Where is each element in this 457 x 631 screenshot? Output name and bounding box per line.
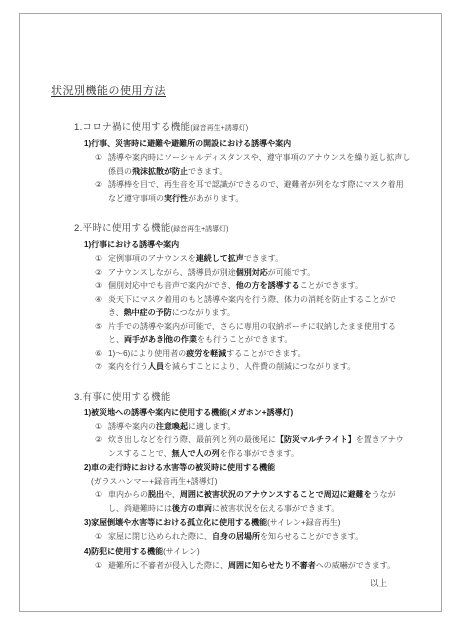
item-marker: ⑥ [95, 347, 108, 361]
bold-text-run: 1)行事における誘導や案内 [84, 240, 179, 249]
item-marker: ② [95, 178, 108, 205]
text-run: 避難所に不審者が侵入した際に、 [108, 561, 228, 570]
item-text: 炎天下にマスク着用のもと誘導や案内を行う際、体力の消耗を防止することができ、熱中… [108, 293, 411, 320]
list-item: ②誘導棒を目で、再生音を耳で認識ができるので、避難者が列をなす際にマスク着用など… [95, 178, 411, 205]
text-run: を知らせることができます。 [260, 532, 363, 541]
list-item: ①定例事項のアナウンスを連続して拡声できます。 [95, 252, 411, 266]
item-marker: ③ [95, 279, 108, 293]
section-heading-text: 1.コロナ禍に使用する機能 [74, 122, 190, 133]
list-item: ⑤片手での誘導や案内が可能で、さらに専用の収納ポーチに収納したまま使用すると、両… [95, 320, 411, 347]
item-marker: ② [95, 266, 108, 280]
list-item: ①車内からの脱出や、周囲に被害状況のアナウンスすることで周辺に避難をうながし、尚… [95, 488, 411, 515]
bold-text-run: 3)家屋倒壊や水害等における孤立化に使用する機能 [84, 518, 267, 527]
list-item: ①家屋に閉じ込められた際に、自身の居場所を知らせることができます。 [95, 530, 411, 544]
item-text: 定例事項のアナウンスを連続して拡声できます。 [108, 252, 411, 266]
bold-text-run: 1)行事、災害時に避難や避難所の開設における誘導や案内 [84, 139, 291, 148]
bold-text-run: 他の作業 [165, 335, 197, 344]
subsection-heading: 4)防犯に使用する機能(サイレン) [84, 545, 411, 559]
text-run: を減らすことにより、人件費の削減につながります。 [164, 362, 355, 371]
list-item: ⑥1)～6)により使用者の疲労を軽減することができます。 [95, 347, 411, 361]
bold-text-run: 【防災マルチライト】 [276, 435, 356, 444]
subsection-heading: 1)行事、災害時に避難や避難所の開設における誘導や案内 [84, 137, 411, 151]
section: 1.コロナ禍に使用する機能(録音再生+誘導灯)1)行事、災害時に避難や避難所の開… [51, 120, 411, 205]
item-text: 個別対応中でも音声で案内ができ、他の方を誘導することができます。 [108, 279, 411, 293]
text-run: 定例事項のアナウンスを [108, 254, 196, 263]
item-text: 誘導や案内の注意喚起に適します。 [108, 420, 411, 434]
bold-text-run: 4)防犯に使用する機能 [84, 547, 163, 556]
text-run: や、 [164, 490, 180, 499]
section: 3.有事に使用する機能1)被災地への誘導や案内に使用する機能(メガホン+誘導灯)… [51, 390, 411, 573]
item-text: 誘導や案内時にソーシャルディスタンスや、遵守事項のアナウンスを繰り返し拡声し係員… [108, 151, 411, 178]
subsection-note: (ガラスハンマー+録音再生+誘導灯) [91, 475, 411, 488]
text-run: 1)～6)により使用者の [108, 349, 186, 358]
item-text: アナウンスしながら、誘導員が別途個別対応が可能です。 [108, 266, 411, 280]
item-marker: ① [95, 488, 108, 515]
text-run: への威嚇ができます。 [316, 561, 395, 570]
text-run: アナウンスしながら、誘導員が別途 [108, 268, 236, 277]
bold-text-run: 他の方を誘導する [236, 281, 300, 290]
item-marker: ① [95, 559, 108, 573]
text-run: ことができます。 [300, 281, 363, 290]
bold-text-run: 飛沫拡散が防止 [132, 167, 188, 176]
text-run: 家屋に閉じ込められた際に、 [108, 532, 212, 541]
bold-text-run: 周囲に知らせたり不審者 [228, 561, 316, 570]
bold-text-run: 後方の車両 [172, 504, 212, 513]
item-marker: ⑤ [95, 320, 108, 347]
section-heading: 2.平時に使用する機能(録音再生+誘導灯) [74, 221, 411, 237]
item-marker: ① [95, 151, 108, 178]
text-run: 誘導や案内の [108, 422, 156, 431]
closing-phrase: 以上 [51, 577, 411, 589]
bold-text-run: 連続して拡声 [196, 254, 244, 263]
item-text: 誘導棒を目で、再生音を耳で認識ができるので、避難者が列をなす際にマスク着用など遵… [108, 178, 411, 205]
bold-text-run: 熱中症の予防 [124, 308, 172, 317]
item-text: 家屋に閉じ込められた際に、自身の居場所を知らせることができます。 [108, 530, 411, 544]
bold-text-run: 人員 [148, 362, 164, 371]
list-item: ①避難所に不審者が侵入した際に、周囲に知らせたり不審者への威嚇ができます。 [95, 559, 411, 573]
text-run: につながります。 [172, 308, 235, 317]
text-run: できます。 [244, 254, 283, 263]
document-page: 状況別機能の使用方法 1.コロナ禍に使用する機能(録音再生+誘導灯)1)行事、災… [19, 13, 442, 612]
text-run: 個別対応中でも音声で案内ができ、 [108, 281, 236, 290]
text-run: 誘導棒を目で、再生音を耳で認識ができるので、避難者が列をなす際にマスク着用など遵… [108, 180, 404, 203]
text-run: (サイレン+録音再生) [267, 518, 340, 527]
item-text: 片手での誘導や案内が可能で、さらに専用の収納ポーチに収納したまま使用すると、両手… [108, 320, 411, 347]
list-item: ①誘導や案内の注意喚起に適します。 [95, 420, 411, 434]
text-run: を作る事ができます。 [220, 449, 299, 458]
bold-text-run: 周囲に被害状況のアナウンスすることで周辺に避難を [180, 490, 372, 499]
subsection-heading: 3)家屋倒壊や水害等における孤立化に使用する機能(サイレン+録音再生) [84, 516, 411, 530]
text-run: に被害状況を伝える事ができます。 [212, 504, 339, 513]
bold-text-run: 両手があき [124, 335, 164, 344]
document-body: 1.コロナ禍に使用する機能(録音再生+誘導灯)1)行事、災害時に避難や避難所の開… [51, 120, 411, 572]
bold-text-run: 1)被災地への誘導や案内に使用する機能(メガホン+誘導灯) [84, 408, 293, 417]
section-heading-note: (録音再生+誘導灯) [190, 125, 248, 132]
section-heading-text: 2.平時に使用する機能 [74, 223, 171, 234]
item-marker: ① [95, 252, 108, 266]
text-run: (サイレン) [163, 547, 200, 556]
subsection-heading: 1)被災地への誘導や案内に使用する機能(メガホン+誘導灯) [84, 406, 411, 420]
item-marker: ② [95, 433, 108, 460]
screenshot-canvas: 状況別機能の使用方法 1.コロナ禍に使用する機能(録音再生+誘導灯)1)行事、災… [0, 0, 457, 631]
list-item: ④炎天下にマスク着用のもと誘導や案内を行う際、体力の消耗を防止することができ、熱… [95, 293, 411, 320]
text-run: 案内を行う [108, 362, 148, 371]
item-text: 案内を行う人員を減らすことにより、人件費の削減につながります。 [108, 360, 411, 374]
text-run: することができます。 [226, 349, 305, 358]
bold-text-run: 個別対応 [236, 268, 268, 277]
list-item: ②アナウンスしながら、誘導員が別途個別対応が可能です。 [95, 266, 411, 280]
text-run: をも行うことができます。 [197, 335, 292, 344]
subsection-heading: 1)行事における誘導や案内 [84, 238, 411, 252]
item-marker: ① [95, 420, 108, 434]
list-item: ②炊き出しなどを行う際、最前列と列の最後尾に【防災マルチライト】を置きアナウンス… [95, 433, 411, 460]
text-run: に適します。 [188, 422, 235, 431]
list-item: ③個別対応中でも音声で案内ができ、他の方を誘導することができます。 [95, 279, 411, 293]
bold-text-run: 実行性 [164, 194, 188, 203]
bold-text-run: 疲労を軽減 [186, 349, 226, 358]
subsection-heading: 2)車の走行時における水害等の被災時に使用する機能 [84, 461, 411, 475]
bold-text-run: 2)車の走行時における水害等の被災時に使用する機能 [84, 463, 275, 472]
page-title: 状況別機能の使用方法 [51, 84, 411, 98]
item-text: 避難所に不審者が侵入した際に、周囲に知らせたり不審者への威嚇ができます。 [108, 559, 411, 573]
section-heading-text: 3.有事に使用する機能 [74, 392, 171, 403]
section: 2.平時に使用する機能(録音再生+誘導灯)1)行事における誘導や案内①定例事項の… [51, 221, 411, 374]
text-run: 車内からの [108, 490, 148, 499]
text-run: があがります。 [188, 194, 243, 203]
text-run: 炊き出しなどを行う際、最前列と列の最後尾に [108, 435, 276, 444]
item-marker: ① [95, 530, 108, 544]
item-marker: ④ [95, 293, 108, 320]
bold-text-run: 注意喚起 [156, 422, 188, 431]
item-text: 炊き出しなどを行う際、最前列と列の最後尾に【防災マルチライト】を置きアナウンスす… [108, 433, 411, 460]
section-heading: 1.コロナ禍に使用する機能(録音再生+誘導灯) [74, 120, 411, 136]
item-marker: ⑦ [95, 360, 108, 374]
list-item: ①誘導や案内時にソーシャルディスタンスや、遵守事項のアナウンスを繰り返し拡声し係… [95, 151, 411, 178]
section-heading: 3.有事に使用する機能 [74, 390, 411, 405]
list-item: ⑦案内を行う人員を減らすことにより、人件費の削減につながります。 [95, 360, 411, 374]
item-text: 車内からの脱出や、周囲に被害状況のアナウンスすることで周辺に避難をうながし、尚避… [108, 488, 411, 515]
item-text: 1)～6)により使用者の疲労を軽減することができます。 [108, 347, 411, 361]
bold-text-run: 無人で人の列 [172, 449, 220, 458]
bold-text-run: 自身の居場所 [212, 532, 260, 541]
text-run: できます。 [188, 167, 227, 176]
section-heading-note: (録音再生+誘導灯) [171, 226, 229, 233]
text-run: が可能です。 [268, 268, 315, 277]
bold-text-run: 脱出 [148, 490, 164, 499]
